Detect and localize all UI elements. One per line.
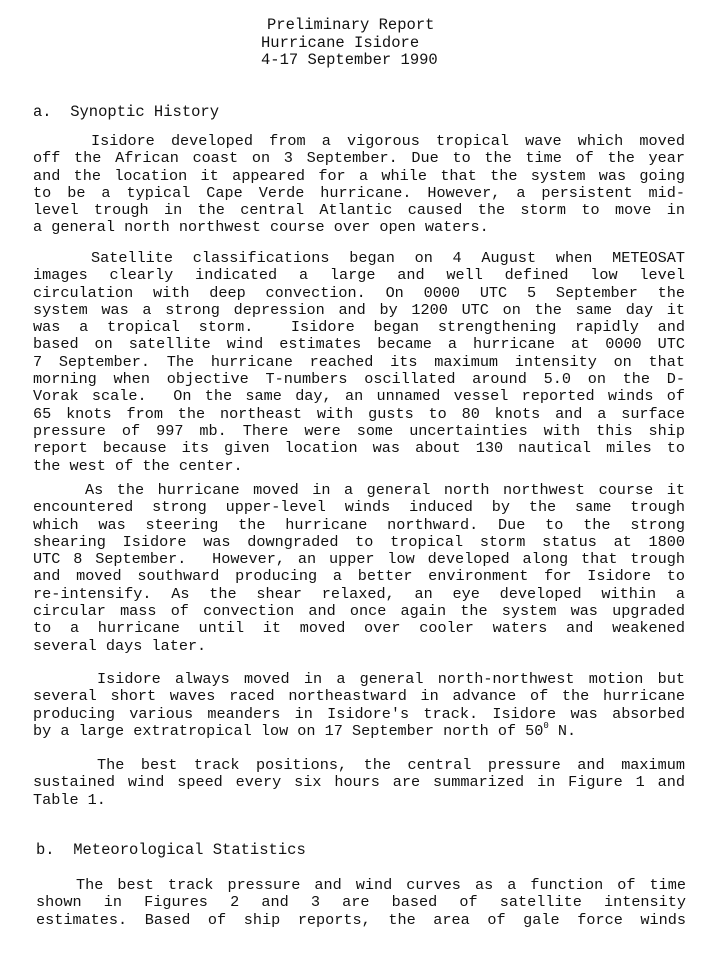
text-line: to a hurricane until it moved over coole…	[33, 620, 685, 637]
text-line: by a large extratropical low on 17 Septe…	[33, 723, 685, 740]
text-line: off the African coast on 3 September. Du…	[33, 150, 685, 167]
paragraph-4: Isidore always moved in a general north-…	[33, 671, 685, 740]
paragraph-6: The best track pressure and wind curves …	[36, 877, 686, 929]
text-line: report because its given location was ab…	[33, 440, 685, 457]
text-line: 65 knots from the northeast with gusts t…	[33, 406, 685, 423]
text-line: pressure of 997 mb. There were some unce…	[33, 423, 685, 440]
paragraph-2: Satellite classifications began on 4 Aug…	[33, 250, 685, 475]
paragraph-5: The best track positions, the central pr…	[33, 757, 685, 809]
text-line: estimates. Based of ship reports, the ar…	[36, 912, 686, 929]
storm-name: Hurricane Isidore	[261, 35, 419, 52]
report-dates: 4-17 September 1990	[261, 52, 438, 69]
text-line: shearing Isidore was downgraded to tropi…	[33, 534, 685, 551]
text-line: morning when objective T-numbers oscilla…	[33, 371, 685, 388]
text-line: level trough in the central Atlantic cau…	[33, 202, 685, 219]
section-heading-synoptic-history: a. Synoptic History	[33, 103, 219, 121]
text-line: producing various meanders in Isidore's …	[33, 706, 685, 723]
text-line: encountered strong upper-level winds ind…	[33, 499, 685, 516]
paragraph-1: Isidore developed from a vigorous tropic…	[33, 133, 685, 237]
report-title: Preliminary Report	[267, 17, 434, 34]
text-line: system was a strong depression and by 12…	[33, 302, 685, 319]
text-line: Vorak scale. On the same day, an unnamed…	[33, 388, 685, 405]
text-line: The best track positions, the central pr…	[33, 757, 685, 774]
text-line: to be a typical Cape Verde hurricane. Ho…	[33, 185, 685, 202]
text-line: which was steering the hurricane northwa…	[33, 517, 685, 534]
text-line: The best track pressure and wind curves …	[36, 877, 686, 894]
text-line: and moved southward producing a better e…	[33, 568, 685, 585]
text-line: circulation with deep convection. On 000…	[33, 285, 685, 302]
text-line: shown in Figures 2 and 3 are based of sa…	[36, 894, 686, 911]
text-line: UTC 8 September. However, an upper low d…	[33, 551, 685, 568]
text-line: Satellite classifications began on 4 Aug…	[33, 250, 685, 267]
text-line: a general north northwest course over op…	[33, 219, 685, 236]
text-fragment: by a large extratropical low on 17 Septe…	[33, 722, 543, 740]
text-line: several days later.	[33, 638, 685, 655]
text-line: Table 1.	[33, 792, 685, 809]
text-fragment: N.	[549, 722, 576, 740]
text-line: circular mass of convection and once aga…	[33, 603, 685, 620]
text-line: was a tropical storm. Isidore began stre…	[33, 319, 685, 336]
section-heading-meteorological-statistics: b. Meteorological Statistics	[36, 841, 306, 859]
text-line: Isidore always moved in a general north-…	[33, 671, 685, 688]
paragraph-3: As the hurricane moved in a general nort…	[33, 482, 685, 655]
text-line: 7 September. The hurricane reached its m…	[33, 354, 685, 371]
text-line: based on satellite wind estimates became…	[33, 336, 685, 353]
text-line: Isidore developed from a vigorous tropic…	[33, 133, 685, 150]
text-line: and the location it appeared for a while…	[33, 168, 685, 185]
text-line: As the hurricane moved in a general nort…	[33, 482, 685, 499]
document-page: Preliminary Report Hurricane Isidore 4-1…	[0, 0, 717, 956]
text-line: several short waves raced northeastward …	[33, 688, 685, 705]
text-line: sustained wind speed every six hours are…	[33, 774, 685, 791]
text-line: re-intensify. As the shear relaxed, an e…	[33, 586, 685, 603]
text-line: images clearly indicated a large and wel…	[33, 267, 685, 284]
text-line: the west of the center.	[33, 458, 685, 475]
